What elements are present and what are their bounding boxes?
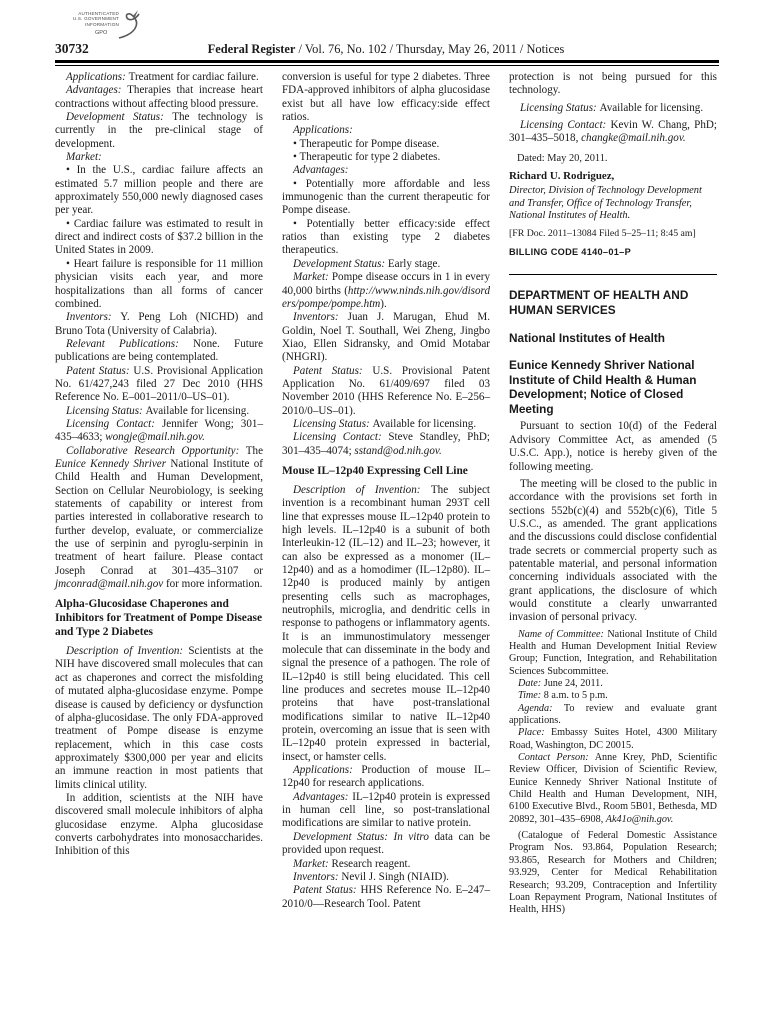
text-run: Available for licensing.	[600, 102, 704, 114]
emphasized-text: Inventors:	[293, 311, 348, 323]
paragraph: Market: Pompe disease occurs in 1 in eve…	[282, 271, 490, 311]
text-run: Alpha-Glucosidase Chaperones and Inhibit…	[55, 598, 262, 638]
paragraph: Licensing Contact: Kevin W. Chang, PhD; …	[509, 119, 717, 146]
text-run: Eunice Kennedy Shriver National Institut…	[509, 358, 696, 416]
paragraph: In addition, scientists at the NIH have …	[55, 792, 263, 859]
text-run: • Heart failure is responsible for 11 mi…	[55, 258, 263, 310]
emphasized-text: Licensing Status:	[520, 102, 600, 114]
emphasized-text: Name of Committee:	[518, 629, 607, 640]
text-run: Pursuant to section 10(d) of the Federal…	[509, 420, 717, 472]
paragraph: Applications:	[282, 124, 490, 137]
section-divider	[509, 274, 717, 275]
text-run: National Institutes of Health	[509, 331, 665, 345]
agency-heading: National Institutes of Health	[509, 331, 717, 346]
paragraph: Inventors: Juan J. Marugan, Ehud M. Gold…	[282, 311, 490, 364]
detail-paragraph: Time: 8 a.m. to 5 p.m.	[509, 690, 717, 702]
emphasized-text: Relevant Publications:	[66, 338, 193, 350]
emphasized-text: Licensing Status:	[293, 418, 373, 430]
seal-gpo-label: GPO	[95, 30, 107, 36]
bullet-item: • Potentially better efficacy:side effec…	[282, 218, 490, 258]
emphasized-text: Advantages:	[66, 84, 127, 96]
signature-name: Richard U. Rodriguez,	[509, 170, 717, 183]
paragraph: Patent Status: U.S. Provisional Patent A…	[282, 365, 490, 418]
text-run: 8 a.m. to 5 p.m.	[544, 690, 608, 701]
seal-text: AUTHENTICATED U.S. GOVERNMENT INFORMATIO…	[57, 11, 119, 27]
text-run: Mouse IL–12p40 Expressing Cell Line	[282, 465, 468, 477]
running-head-title: Federal Register / Vol. 76, No. 102 / Th…	[55, 42, 717, 57]
detail-paragraph: Place: Embassy Suites Hotel, 4300 Milita…	[509, 727, 717, 752]
emphasized-text: jmconrad@mail.nih.gov	[55, 578, 163, 590]
emphasized-text: Development Status:	[293, 258, 388, 270]
header-rule	[55, 60, 719, 66]
agency-heading: DEPARTMENT OF HEALTH AND HUMAN SERVICES	[509, 288, 717, 317]
emphasized-text: Development Status:	[66, 111, 172, 123]
text-run: • In the U.S., cardiac failure affects a…	[55, 164, 263, 216]
paragraph: Advantages: IL–12p40 protein is expresse…	[282, 791, 490, 831]
document-body: Applications: Treatment for cardiac fail…	[55, 71, 717, 917]
emphasized-text: Advantages:	[293, 164, 348, 176]
paragraph: Development Status: Early stage.	[282, 258, 490, 271]
paragraph: The meeting will be closed to the public…	[509, 478, 717, 625]
paragraph: Licensing Contact: Jennifer Wong; 301–43…	[55, 418, 263, 445]
emphasized-text: Ak41o@nih.gov.	[606, 814, 673, 825]
text-run: • Potentially better efficacy:side effec…	[282, 218, 490, 257]
detail-paragraph: Name of Committee: National Institute of…	[509, 629, 717, 678]
emphasized-text: sstand@od.nih.gov.	[354, 445, 441, 457]
emphasized-text: Market:	[293, 271, 332, 283]
text-run: Early stage.	[388, 258, 440, 270]
column-3: protection is not being pursued for this…	[509, 71, 717, 917]
column-1: Applications: Treatment for cardiac fail…	[55, 71, 263, 917]
paragraph: Pursuant to section 10(d) of the Federal…	[509, 420, 717, 473]
paragraph: Development Status: In vitro data can be…	[282, 831, 490, 858]
signature-title: Director, Division of Technology Develop…	[509, 185, 717, 222]
emphasized-text: Eunice Kennedy Shriver	[55, 458, 170, 470]
column-2: conversion is useful for type 2 diabetes…	[282, 71, 490, 917]
agency-heading: Eunice Kennedy Shriver National Institut…	[509, 358, 717, 416]
text-run: ).	[380, 298, 386, 310]
emphasized-text: Patent Status:	[293, 884, 360, 896]
paragraph: Advantages: Therapies that increase hear…	[55, 84, 263, 111]
paragraph-continuation: conversion is useful for type 2 diabetes…	[282, 71, 490, 124]
paragraph: Relevant Publications: None. Future publ…	[55, 338, 263, 365]
emphasized-text: Inventors:	[66, 311, 120, 323]
paragraph: Development Status: The technology is cu…	[55, 111, 263, 151]
eagle-swoosh-icon	[115, 8, 145, 42]
emphasized-text: Market:	[293, 858, 332, 870]
gpo-authentication-seal: AUTHENTICATED U.S. GOVERNMENT INFORMATIO…	[57, 8, 149, 42]
emphasized-text: Inventors:	[293, 871, 341, 883]
bullet-item: • In the U.S., cardiac failure affects a…	[55, 164, 263, 217]
text-run: June 24, 2011.	[544, 678, 603, 689]
paragraph: Collaborative Research Opportunity: The …	[55, 445, 263, 592]
emphasized-text: changke@mail.nih.gov.	[581, 132, 686, 144]
text-run: Nevil J. Singh (NIAID).	[341, 871, 449, 883]
emphasized-text: Applications:	[293, 124, 353, 136]
text-run: • Cardiac failure was estimated to resul…	[55, 218, 263, 257]
paragraph: Applications: Treatment for cardiac fail…	[55, 71, 263, 84]
paragraph: Description of Invention: The subject in…	[282, 484, 490, 764]
paragraph: Licensing Status: Available for licensin…	[509, 102, 717, 115]
text-run: Treatment for cardiac failure.	[129, 71, 259, 83]
text-run: (Catalogue of Federal Domestic Assistanc…	[509, 830, 717, 915]
paragraph: Advantages:	[282, 164, 490, 177]
paragraph: Inventors: Nevil J. Singh (NIAID).	[282, 871, 490, 884]
fr-doc-line: [FR Doc. 2011–13084 Filed 5–25–11; 8:45 …	[509, 227, 717, 240]
text-run: DEPARTMENT OF HEALTH AND HUMAN SERVICES	[509, 288, 688, 317]
bullet-item: • Therapeutic for Pompe disease.	[282, 138, 490, 151]
text-run: Available for licensing.	[373, 418, 477, 430]
text-run: The	[246, 445, 263, 457]
paragraph: Market: Research reagent.	[282, 858, 490, 871]
emphasized-text: Licensing Status:	[66, 405, 146, 417]
text-run: conversion is useful for type 2 diabetes…	[282, 71, 490, 123]
emphasized-text: Applications:	[293, 764, 361, 776]
emphasized-text: Development Status: In vitro	[293, 831, 434, 843]
text-run: Dated: May 20, 2011.	[517, 153, 608, 164]
detail-paragraph: Agenda: To review and evaluate grant app…	[509, 703, 717, 728]
text-run: for more information.	[163, 578, 262, 590]
emphasized-text: wongje@mail.nih.gov.	[105, 431, 205, 443]
emphasized-text: Contact Person:	[518, 752, 595, 763]
emphasized-text: Agenda:	[518, 703, 564, 714]
emphasized-text: Licensing Contact:	[520, 119, 611, 131]
emphasized-text: Time:	[518, 690, 544, 701]
emphasized-text: Licensing Contact:	[66, 418, 162, 430]
bullet-item: • Therapeutic for type 2 diabetes.	[282, 151, 490, 164]
text-run: In addition, scientists at the NIH have …	[55, 792, 263, 857]
emphasized-text: Applications:	[66, 71, 129, 83]
text-run: The meeting will be closed to the public…	[509, 478, 717, 623]
paragraph: Licensing Status: Available for licensin…	[282, 418, 490, 431]
text-run: [FR Doc. 2011–13084 Filed 5–25–11; 8:45 …	[509, 228, 696, 239]
emphasized-text: Place:	[518, 727, 551, 738]
paragraph: Inventors: Y. Peng Loh (NICHD) and Bruno…	[55, 311, 263, 338]
emphasized-text: Licensing Contact:	[293, 431, 388, 443]
paragraph: Patent Status: U.S. Provisional Applicat…	[55, 365, 263, 405]
text-run: • Therapeutic for Pompe disease.	[293, 138, 439, 150]
paragraph: Licensing Contact: Steve Standley, PhD; …	[282, 431, 490, 458]
text-run: • Potentially more affordable and less i…	[282, 178, 490, 217]
paragraph: Licensing Status: Available for licensin…	[55, 405, 263, 418]
paragraph: Description of Invention: Scientists at …	[55, 645, 263, 792]
bullet-item: • Heart failure is responsible for 11 mi…	[55, 258, 263, 311]
text-run: Scientists at the NIH have discovered sm…	[55, 645, 263, 790]
text-run: Research reagent.	[332, 858, 411, 870]
emphasized-text: Advantages:	[293, 791, 352, 803]
dated-line: Dated: May 20, 2011.	[509, 152, 717, 165]
detail-paragraph: Contact Person: Anne Krey, PhD, Scientif…	[509, 752, 717, 826]
text-run: protection is not being pursued for this…	[509, 71, 717, 96]
paragraph-continuation: protection is not being pursued for this…	[509, 71, 717, 98]
billing-code: BILLING CODE 4140–01–P	[509, 246, 717, 259]
notice-heading: Mouse IL–12p40 Expressing Cell Line	[282, 465, 490, 479]
paragraph: Applications: Production of mouse IL–12p…	[282, 764, 490, 791]
seal-line: INFORMATION	[57, 22, 119, 27]
text-run: National Institute of Child Health and H…	[55, 458, 263, 577]
emphasized-text: Patent Status:	[293, 365, 372, 377]
emphasized-text: Market:	[66, 151, 102, 163]
publication-name: Federal Register	[208, 42, 296, 56]
paragraph: Patent Status: HHS Reference No. E–247–2…	[282, 884, 490, 911]
bullet-item: • Potentially more affordable and less i…	[282, 178, 490, 218]
emphasized-text: Description of Invention:	[293, 484, 431, 496]
text-run: Richard U. Rodriguez,	[509, 170, 614, 182]
bullet-item: • Cardiac failure was estimated to resul…	[55, 218, 263, 258]
text-run: The subject invention is a recombinant h…	[282, 484, 490, 763]
running-header: 30732 Federal Register / Vol. 76, No. 10…	[55, 41, 717, 59]
notice-heading: Alpha-Glucosidase Chaperones and Inhibit…	[55, 598, 263, 640]
catalogue-paragraph: (Catalogue of Federal Domestic Assistanc…	[509, 830, 717, 916]
federal-register-page: AUTHENTICATED U.S. GOVERNMENT INFORMATIO…	[0, 0, 770, 1024]
detail-paragraph: Date: June 24, 2011.	[509, 678, 717, 690]
emphasized-text: Patent Status:	[66, 365, 133, 377]
emphasized-text: Description of Invention:	[66, 645, 188, 657]
emphasized-text: Collaborative Research Opportunity:	[66, 445, 246, 457]
text-run: BILLING CODE 4140–01–P	[509, 247, 631, 257]
text-run: • Therapeutic for type 2 diabetes.	[293, 151, 440, 163]
emphasized-text: Date:	[518, 678, 544, 689]
text-run: Available for licensing.	[146, 405, 250, 417]
issue-info: / Vol. 76, No. 102 / Thursday, May 26, 2…	[295, 42, 564, 56]
text-run: Director, Division of Technology Develop…	[509, 185, 702, 221]
paragraph: Market:	[55, 151, 263, 164]
